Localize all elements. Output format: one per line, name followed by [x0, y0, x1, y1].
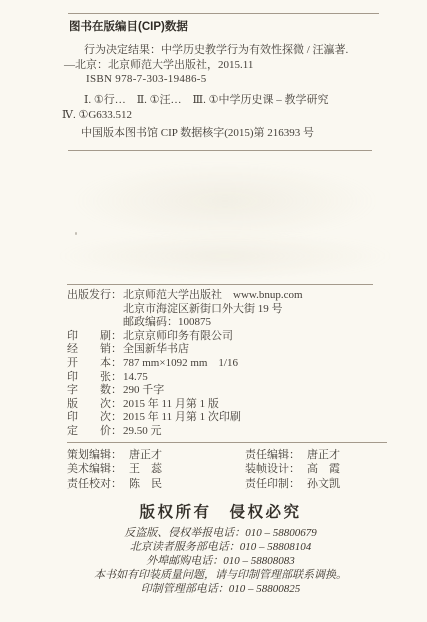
pub-label: 经 销：: [67, 343, 122, 357]
staff-cover-designer: 装帧设计： 高 霞: [245, 462, 407, 476]
pub-value: 北京京师印务有限公司: [123, 330, 233, 342]
pub-row-price: 定 价： 29.50 元: [67, 425, 407, 439]
scan-speck: [75, 232, 77, 235]
staff-name: 王 蕊: [129, 463, 162, 475]
pub-value: 全国新华书店: [123, 343, 189, 355]
staff-proofreader: 责任校对： 陈 民: [67, 477, 245, 491]
showthrough-ghost: [75, 162, 375, 240]
staff-art-editor: 美术编辑： 王 蕊: [67, 462, 245, 476]
pub-label: 印 张：: [67, 371, 122, 385]
staff-credits: 策划编辑： 唐正才 责任编辑： 唐正才 美术编辑： 王 蕊 装帧设计： 高 霞 …: [67, 448, 407, 491]
pub-value: 邮政编码：100875: [123, 316, 211, 328]
pub-value: 29.50 元: [123, 425, 162, 437]
cip-classification-line1: Ⅰ. ①行… Ⅱ. ①汪… Ⅲ. ①中学历史课 – 教学研究: [84, 93, 329, 107]
staff-print-supervisor: 责任印制： 孙文凯: [245, 477, 407, 491]
staff-name: 陈 民: [129, 478, 162, 490]
book-copyright-page: 图书在版编目(CIP)数据 行为决定结果：中学历史教学行为有效性探微 / 汪瀛著…: [0, 0, 427, 622]
pub-label: 开 本：: [67, 357, 122, 371]
pub-row-distributor: 经 销： 全国新华书店: [67, 343, 407, 357]
divider-rule-staff-top: [67, 442, 387, 443]
pub-value: 2015 年 11 月第 1 版: [123, 398, 219, 410]
showthrough-ghost: [60, 232, 390, 280]
pub-value: 2015 年 11 月第 1 次印刷: [123, 411, 241, 423]
isbn-line: ISBN 978-7-303-19486-5: [86, 72, 207, 86]
divider-rule-cip-bottom: [68, 150, 372, 151]
staff-planning-editor: 策划编辑： 唐正才: [67, 448, 245, 462]
staff-name: 孙文凯: [307, 478, 340, 490]
copyright-notice-lines: 反盗版、侵权举报电话：010 – 58800679 北京读者服务部电话：010 …: [14, 526, 427, 596]
staff-label: 责任校对：: [67, 477, 122, 491]
staff-label: 责任编辑：: [245, 448, 300, 462]
publication-info: 出版发行： 北京师范大学出版社 www.bnup.com 北京市海淀区新街口外大…: [67, 289, 407, 439]
pub-label: 印 次：: [67, 411, 122, 425]
pub-row-address: 北京市海淀区新街口外大街 19 号: [67, 303, 407, 317]
pub-value: 北京市海淀区新街口外大街 19 号: [123, 303, 283, 315]
notice-line-quality-note: 本书如有印装质量问题，请与印制管理部联系调换。: [14, 568, 427, 582]
pub-label: 版 次：: [67, 398, 122, 412]
cip-entry-line1: 行为决定结果：中学历史教学行为有效性探微 / 汪瀛著.: [84, 43, 348, 57]
notice-line-print-dept-phone: 印制管理部电话：010 – 58800825: [14, 582, 427, 596]
pub-value: 北京师范大学出版社 www.bnup.com: [123, 289, 303, 301]
pub-row-wordcount: 字 数： 290 千字: [67, 384, 407, 398]
staff-name: 唐正才: [129, 449, 162, 461]
staff-label: 美术编辑：: [67, 462, 122, 476]
staff-label: 责任印制：: [245, 477, 300, 491]
pub-value: 787 mm×1092 mm 1/16: [123, 357, 238, 369]
pub-label: 字 数：: [67, 384, 122, 398]
cip-entry-line2: —北京：北京师范大学出版社，2015.11: [64, 58, 253, 72]
staff-responsible-editor: 责任编辑： 唐正才: [245, 448, 407, 462]
cip-header: 图书在版编目(CIP)数据: [69, 20, 188, 34]
pub-row-printer: 印 刷： 北京京师印务有限公司: [67, 330, 407, 344]
copyright-notice-title: 版权所有 侵权必究: [14, 500, 427, 522]
staff-label: 装帧设计：: [245, 462, 300, 476]
pub-value: 290 千字: [123, 384, 164, 396]
staff-name: 唐正才: [307, 449, 340, 461]
pub-row-sheets: 印 张： 14.75: [67, 371, 407, 385]
cip-classification-line2: Ⅳ. ①G633.512: [62, 108, 132, 122]
staff-label: 策划编辑：: [67, 448, 122, 462]
pub-label: 定 价：: [67, 425, 122, 439]
pub-label: 出版发行：: [67, 289, 122, 303]
divider-rule-publication-top: [67, 284, 373, 285]
notice-line-piracy-hotline: 反盗版、侵权举报电话：010 – 58800679: [14, 526, 427, 540]
pub-row-publisher: 出版发行： 北京师范大学出版社 www.bnup.com: [67, 289, 407, 303]
pub-row-impression: 印 次： 2015 年 11 月第 1 次印刷: [67, 411, 407, 425]
notice-line-reader-service: 北京读者服务部电话：010 – 58808104: [14, 540, 427, 554]
pub-row-postcode: 邮政编码：100875: [67, 316, 407, 330]
pub-value: 14.75: [123, 371, 148, 383]
cip-record-number: 中国版本图书馆 CIP 数据核字(2015)第 216393 号: [81, 126, 314, 140]
pub-row-edition: 版 次： 2015 年 11 月第 1 版: [67, 398, 407, 412]
pub-row-format: 开 本： 787 mm×1092 mm 1/16: [67, 357, 407, 371]
staff-name: 高 霞: [307, 463, 340, 475]
divider-rule-top: [68, 13, 379, 14]
pub-label: 印 刷：: [67, 330, 122, 344]
notice-line-mail-order: 外埠邮购电话：010 – 58808083: [14, 554, 427, 568]
